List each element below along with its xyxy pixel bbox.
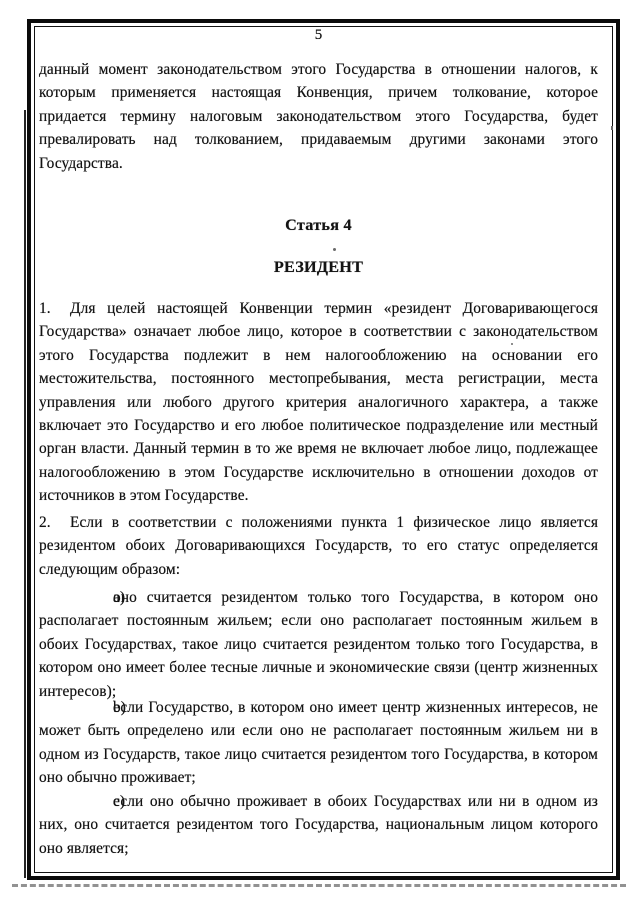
scanned-document-page: 5 данный момент законодательством этого … bbox=[0, 0, 640, 905]
paragraph-continuation: данный момент законодательством этого Го… bbox=[39, 58, 598, 175]
clause-2-number: 2. bbox=[39, 511, 70, 534]
page-number: 5 bbox=[39, 26, 598, 44]
subclause-b-text: если Государство, в котором оно имеет це… bbox=[39, 699, 598, 786]
clause-1-number: 1. bbox=[39, 297, 70, 320]
clause-2: 2.Если в соответствии с положениями пунк… bbox=[39, 511, 598, 581]
clause-1: 1.Для целей настоящей Конвенции термин «… bbox=[39, 297, 598, 508]
subclause-b: b)если Государство, в котором оно имеет … bbox=[39, 696, 598, 790]
article-title: РЕЗИДЕНТ bbox=[39, 256, 598, 279]
subclause-c-text: если оно обычно проживает в обоих Госуда… bbox=[39, 793, 598, 857]
scan-speck bbox=[333, 248, 336, 251]
subclause-a: a)оно считается резидентом только того Г… bbox=[39, 586, 598, 703]
subclause-c: c)если оно обычно проживает в обоих Госу… bbox=[39, 790, 598, 860]
scan-edge-line bbox=[24, 110, 26, 878]
scan-speck bbox=[511, 343, 513, 345]
scan-speck bbox=[611, 126, 613, 130]
clause-2-text: Если в соответствии с положениями пункта… bbox=[39, 514, 598, 578]
scan-bottom-shadow bbox=[12, 884, 626, 887]
clause-1-text: Для целей настоящей Конвенции термин «ре… bbox=[39, 300, 598, 504]
subclause-c-letter: c) bbox=[76, 790, 113, 813]
article-label: Статья 4 bbox=[39, 214, 598, 237]
subclause-a-letter: a) bbox=[76, 586, 113, 609]
subclause-a-text: оно считается резидентом только того Гос… bbox=[39, 589, 598, 700]
subclause-b-letter: b) bbox=[76, 696, 113, 719]
